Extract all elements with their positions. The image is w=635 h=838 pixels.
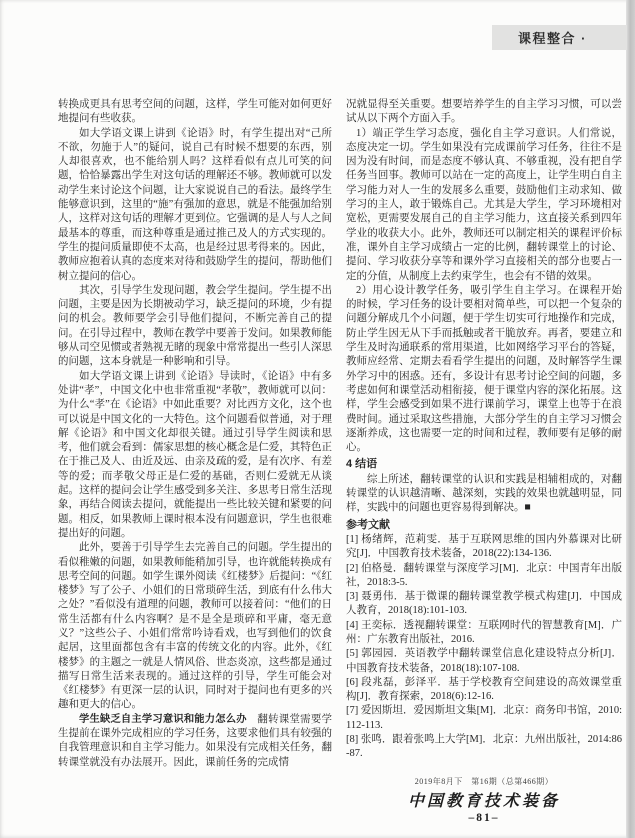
paragraph: 此外，要善于引导学生去完善自己的问题。学生提出的看似稚嫩的问题，如果教师能稍加引… <box>58 541 332 713</box>
runin-heading: 学生缺乏自主学习意识和能力怎么办 <box>79 714 247 725</box>
section-badge: 课程整合 · <box>492 25 627 50</box>
paragraph: 其次，引导学生发现问题，教会学生提问。学生提不出问题，主要是因为长期被动学习，缺… <box>58 284 332 370</box>
section-badge-label: 课程整合 · <box>518 28 587 47</box>
conclusion-heading: 4 结语 <box>346 457 622 471</box>
runin-spacer <box>247 714 258 725</box>
left-text-column: 转换成更具有思考空间的问题，这样，学生可能对如何更好地提问有些收获。 如大学语文… <box>58 98 332 770</box>
paragraph: 1）端正学生学习态度，强化自主学习意识。人们常说，态度决定一切。学生如果没有完成… <box>346 127 622 284</box>
reference-item: [4] 王奕标．透视翻转课堂：互联网时代的智慧教育[M]．广州：广东教育出版社，… <box>346 619 622 648</box>
references-heading: 参考文献 <box>346 518 622 532</box>
references-list: [1] 杨绪辉，范莉雯．基于互联网思维的国内外慕课对比研究[J]．中国教育技术装… <box>346 533 622 762</box>
paragraph: 如大学语文课上讲到《论语》时，有学生提出对“己所不欲，勿施于人”的疑问，说自己有… <box>58 127 332 284</box>
page-number: –81– <box>346 812 622 824</box>
paragraph: 况就显得至关重要。想要培养学生的自主学习习惯，可以尝试从以下两个方面入手。 <box>346 98 622 127</box>
reference-item: [6] 段兆磊，彭泽平．基于学校教育空间建设的高效课堂重构[J]．教育探索，20… <box>346 676 622 705</box>
paragraph: 转换成更具有思考空间的问题，这样，学生可能对如何更好地提问有些收获。 <box>58 98 332 127</box>
reference-item: [2] 伯格曼．翻转课堂与深度学习[M]．北京：中国青年出版社，2018:3-5… <box>346 562 622 591</box>
paragraph: 如大学语文课上讲到《论语》导读时，《论语》中有多处讲“孝”，中国文化中也非常重视… <box>58 370 332 542</box>
paragraph: 2）用心设计教学任务，吸引学生自主学习。在课程开始的时候，学习任务的设计要相对简… <box>346 284 622 456</box>
reference-item: [8] 张鸣．跟着张鸣上大学[M]．北京：九州出版社，2014:86-87. <box>346 733 622 762</box>
scan-edge-shadow <box>626 0 635 838</box>
reference-item: [1] 杨绪辉，范莉雯．基于互联网思维的国内外慕课对比研究[J]．中国教育技术装… <box>346 533 622 562</box>
paragraph-with-runin-heading: 学生缺乏自主学习意识和能力怎么办 翻转课堂需要学生提前在课外完成相应的学习任务，… <box>58 713 332 770</box>
page-footer: 2019年8月下 第16期（总第466期） 中国教育技术装备 –81– <box>346 776 622 824</box>
right-text-column: 况就显得至关重要。想要培养学生的自主学习习惯，可以尝试从以下两个方面入手。 1）… <box>346 98 622 762</box>
scanned-journal-page: 课程整合 · 转换成更具有思考空间的问题，这样，学生可能对如何更好地提问有些收获… <box>0 0 635 838</box>
conclusion-paragraph: 综上所述，翻转课堂的认识和实践是相辅相成的，对翻转课堂的认识越清晰、越深刻，实践… <box>346 473 622 516</box>
reference-item: [5] 郭园园．英语教学中翻转课堂信息化建设特点分析[J]．中国教育技术装备，2… <box>346 647 622 676</box>
issue-info: 2019年8月下 第16期（总第466期） <box>346 776 622 787</box>
journal-logotype: 中国教育技术装备 <box>346 788 622 811</box>
reference-item: [7] 爱因斯坦．爱因斯坦文集[M]．北京：商务印书馆，2010:112-113… <box>346 704 622 733</box>
reference-item: [3] 聂勇伟．基于微课的翻转课堂教学模式构建[J]．中国成人教育，2018(1… <box>346 590 622 619</box>
